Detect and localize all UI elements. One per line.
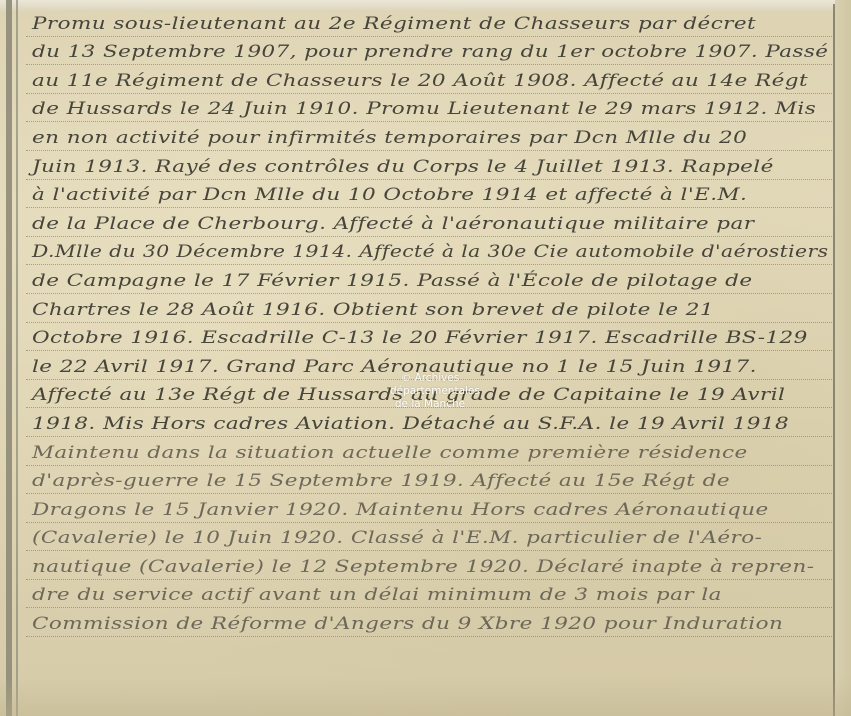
text-line-content: de la Place de Cherbourg. Affecté à l'aé…	[32, 214, 754, 234]
left-margin-rule-inner	[16, 0, 18, 716]
text-line-content: Chartres le 28 Août 1916. Obtient son br…	[32, 300, 714, 320]
text-line-content: de Campagne le 17 Février 1915. Passé à …	[32, 271, 753, 291]
text-line: 1918. Mis Hors cadres Aviation. Détaché …	[26, 408, 832, 437]
text-line-content: au 11e Régiment de Chasseurs le 20 Août …	[32, 71, 808, 91]
text-line: Maintenu dans la situation actuelle comm…	[26, 437, 832, 466]
text-line: (Cavalerie) le 10 Juin 1920. Classé à l'…	[26, 523, 832, 552]
text-line-content: dre du service actif avant un délai mini…	[32, 585, 722, 605]
text-line: du 13 Septembre 1907, pour prendre rang …	[26, 37, 832, 66]
watermark-line-2: départementales	[390, 385, 470, 398]
text-line-content: de Hussards le 24 Juin 1910. Promu Lieut…	[32, 99, 816, 119]
text-line-content: en non activité pour infirmités temporai…	[32, 128, 747, 148]
text-line: Chartres le 28 Août 1916. Obtient son br…	[26, 294, 832, 323]
text-line: à l'activité par Dcn Mlle du 10 Octobre …	[26, 180, 832, 209]
page-bottom-edge	[0, 676, 851, 716]
archive-watermark: © Archives départementales de la Manche	[390, 372, 470, 411]
text-line: D.Mlle du 30 Décembre 1914. Affecté à la…	[26, 237, 832, 266]
text-line: d'après-guerre le 15 Septembre 1919. Aff…	[26, 466, 832, 495]
text-line-content: Octobre 1916. Escadrille C-13 le 20 Févr…	[32, 328, 808, 348]
text-line: Dragons le 15 Janvier 1920. Maintenu Hor…	[26, 494, 832, 523]
text-line: Juin 1913. Rayé des contrôles du Corps l…	[26, 151, 832, 180]
text-line: Commission de Réforme d'Angers du 9 Xbre…	[26, 608, 832, 637]
text-line: nautique (Cavalerie) le 12 Septembre 192…	[26, 551, 832, 580]
text-line: en non activité pour infirmités temporai…	[26, 122, 832, 151]
text-line-content: 1918. Mis Hors cadres Aviation. Détaché …	[32, 414, 789, 434]
text-line-content: nautique (Cavalerie) le 12 Septembre 192…	[32, 557, 814, 577]
document-page: Promu sous-lieutenant au 2e Régiment de …	[0, 0, 851, 716]
text-line-content: d'après-guerre le 15 Septembre 1919. Aff…	[32, 471, 730, 491]
text-line-content: Dragons le 15 Janvier 1920. Maintenu Hor…	[32, 500, 769, 520]
text-line-content: D.Mlle du 30 Décembre 1914. Affecté à la…	[32, 242, 828, 262]
text-line: au 11e Régiment de Chasseurs le 20 Août …	[26, 65, 832, 94]
text-line-content: à l'activité par Dcn Mlle du 10 Octobre …	[32, 185, 747, 205]
text-line: de Hussards le 24 Juin 1910. Promu Lieut…	[26, 94, 832, 123]
text-line: de la Place de Cherbourg. Affecté à l'aé…	[26, 208, 832, 237]
text-line-content: du 13 Septembre 1907, pour prendre rang …	[32, 42, 828, 62]
text-line-content: Juin 1913. Rayé des contrôles du Corps l…	[32, 157, 774, 177]
watermark-line-3: de la Manche	[390, 398, 470, 411]
text-line-content: Maintenu dans la situation actuelle comm…	[32, 443, 748, 463]
left-margin-rule-outer	[6, 0, 12, 716]
text-line: de Campagne le 17 Février 1915. Passé à …	[26, 265, 832, 294]
text-line: Promu sous-lieutenant au 2e Régiment de …	[26, 8, 832, 37]
text-line: Octobre 1916. Escadrille C-13 le 20 Févr…	[26, 323, 832, 352]
text-line-content: Promu sous-lieutenant au 2e Régiment de …	[32, 14, 756, 34]
text-line-content: Commission de Réforme d'Angers du 9 Xbre…	[32, 614, 783, 634]
watermark-line-1: © Archives	[390, 372, 470, 385]
text-line-content: (Cavalerie) le 10 Juin 1920. Classé à l'…	[32, 528, 762, 548]
text-line: dre du service actif avant un délai mini…	[26, 580, 832, 609]
handwritten-text-block: Promu sous-lieutenant au 2e Régiment de …	[26, 8, 832, 637]
right-margin-column	[835, 0, 851, 716]
